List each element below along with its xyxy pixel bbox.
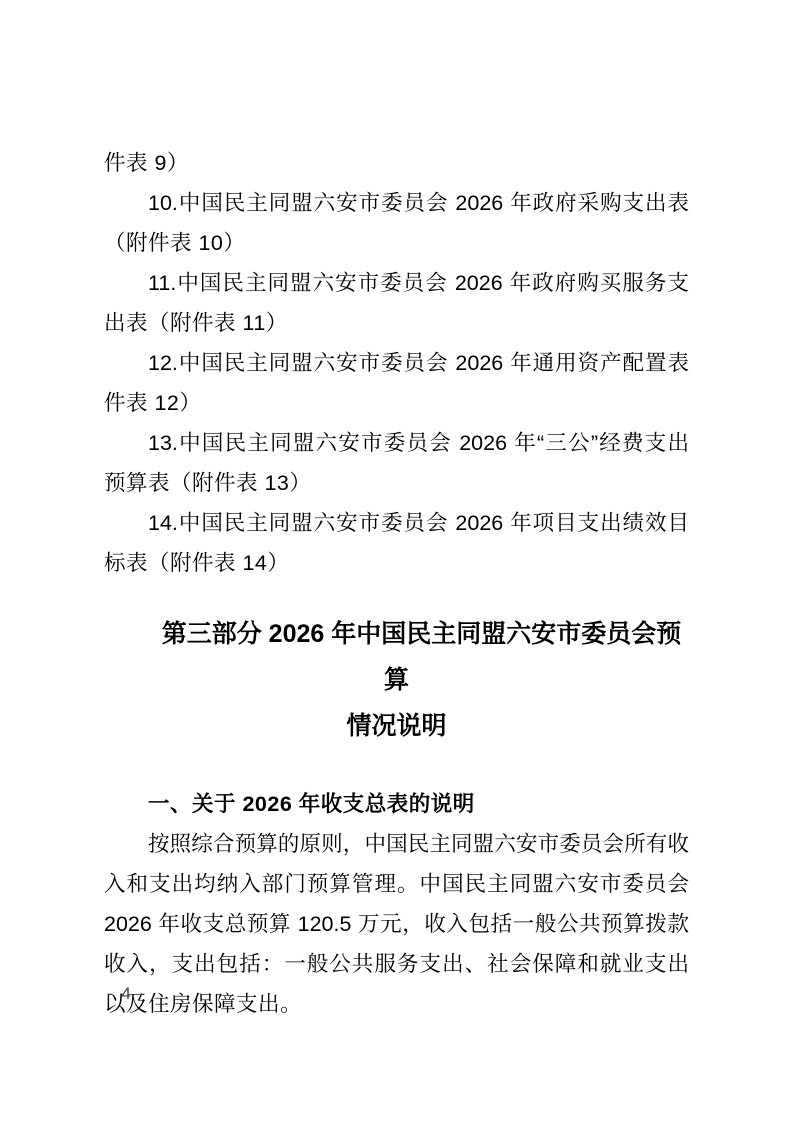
paragraph: 按照综合预算的原则，中国民主同盟六安市委员会所有收 入和支出均纳入部门预算管理。…	[104, 824, 689, 1024]
attachment-list-line: 13.中国民主同盟六安市委员会 2026 年“三公”经费支出	[104, 423, 689, 463]
attachment-list-line: 10.中国民主同盟六安市委员会 2026 年政府采购支出表	[104, 183, 689, 223]
paragraph-line: 入和支出均纳入部门预算管理。中国民主同盟六安市委员会	[104, 864, 689, 904]
attachment-list-line: （附件表 10）	[104, 223, 689, 263]
attachment-list-line: 14.中国民主同盟六安市委员会 2026 年项目支出绩效目	[104, 503, 689, 543]
attachment-list-line: 12.中国民主同盟六安市委员会 2026 年通用资产配置表（附	[104, 343, 689, 383]
attachment-list-line: 标表（附件表 14）	[104, 543, 689, 583]
section-heading-line2: 情况说明	[104, 703, 689, 749]
attachment-list-line: 件表 9）	[104, 143, 689, 183]
document-body: 件表 9） 10.中国民主同盟六安市委员会 2026 年政府采购支出表 （附件表…	[104, 143, 689, 1024]
paragraph-line: 2026 年收支总预算 120.5 万元，收入包括一般公共预算拨款	[104, 904, 689, 944]
attachment-list-line: 出表（附件表 11）	[104, 303, 689, 343]
document-page: 件表 9） 10.中国民主同盟六安市委员会 2026 年政府采购支出表 （附件表…	[0, 0, 793, 1122]
attachment-list-line: 预算表（附件表 13）	[104, 463, 689, 503]
paragraph-line: 按照综合预算的原则，中国民主同盟六安市委员会所有收	[104, 824, 689, 864]
attachment-list-line: 11.中国民主同盟六安市委员会 2026 年政府购买服务支	[104, 263, 689, 303]
paragraph-line: 收入，支出包括：一般公共服务支出、社会保障和就业支出	[104, 944, 689, 984]
paragraph-line: 以及住房保障支出。	[104, 984, 689, 1024]
attachment-list-line: 件表 12）	[104, 383, 689, 423]
attachment-list: 件表 9） 10.中国民主同盟六安市委员会 2026 年政府采购支出表 （附件表…	[104, 143, 689, 583]
subsection-title: 一、关于 2026 年收支总表的说明	[104, 784, 689, 824]
page-number: - 4 -	[107, 984, 147, 1004]
section-heading: 第三部分 2026 年中国民主同盟六安市委员会预算 情况说明	[104, 611, 689, 749]
section-heading-line1: 第三部分 2026 年中国民主同盟六安市委员会预算	[104, 611, 689, 703]
